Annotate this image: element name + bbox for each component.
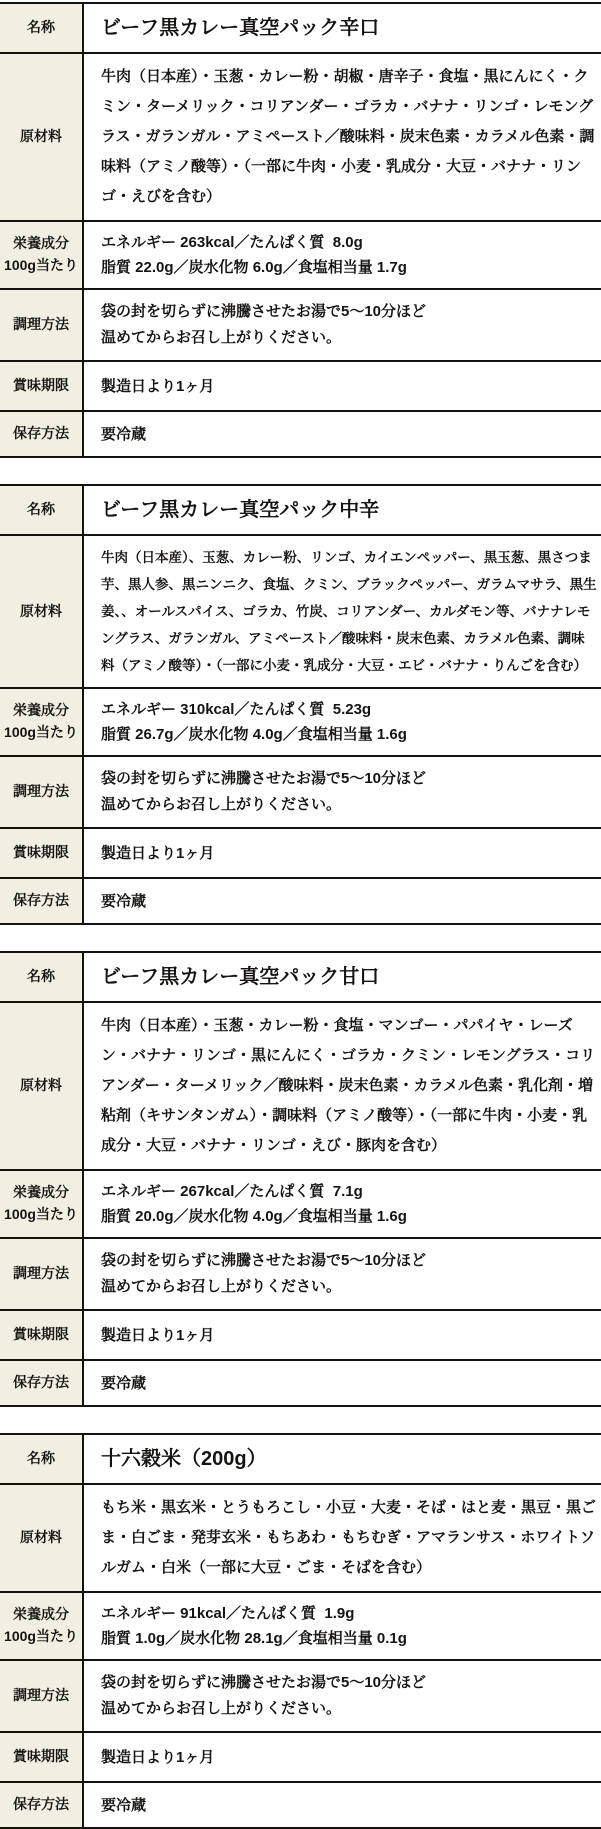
row-label-cooking: 調理方法 — [0, 290, 84, 360]
product-name: ビーフ黒カレー真空パック辛口 — [84, 4, 601, 52]
row-label-name: 名称 — [0, 486, 84, 534]
expiry-text: 製造日より1ヶ月 — [84, 1733, 601, 1781]
spec-row-storage: 保存方法 要冷蔵 — [0, 1361, 601, 1407]
product-name: ビーフ黒カレー真空パック中辛 — [84, 486, 601, 534]
row-label-ingredients: 原材料 — [0, 54, 84, 220]
spec-row-name: 名称 ビーフ黒カレー真空パック中辛 — [0, 486, 601, 536]
row-label-storage: 保存方法 — [0, 412, 84, 456]
spec-table-karakuchi: 名称 ビーフ黒カレー真空パック辛口 原材料 牛肉（日本産）・玉葱・カレー粉・胡椒… — [0, 2, 601, 458]
expiry-text: 製造日より1ヶ月 — [84, 362, 601, 410]
spec-row-storage: 保存方法 要冷蔵 — [0, 1783, 601, 1829]
ingredients-text: 牛肉（日本産）・玉葱・カレー粉・胡椒・唐辛子・食塩・黒にんにく・クミン・ターメリ… — [84, 54, 601, 220]
nutrition-text: エネルギー 267kcal／たんぱく質 7.1g 脂質 20.0g／炭水化物 4… — [84, 1171, 601, 1237]
row-label-ingredients: 原材料 — [0, 536, 84, 687]
ingredients-text: もち米・黒玄米・とうもろこし・小豆・大麦・そば・はと麦・黒豆・黒ごま・白ごま・発… — [84, 1485, 601, 1591]
row-label-expiry: 賞味期限 — [0, 1733, 84, 1781]
cooking-text: 袋の封を切らずに沸騰させたお湯で5～10分ほど 温めてからお召し上がりください。 — [84, 1239, 601, 1309]
cooking-text: 袋の封を切らずに沸騰させたお湯で5～10分ほど 温めてからお召し上がりください。 — [84, 290, 601, 360]
spec-row-ingredients: 原材料 牛肉（日本産）・玉葱・カレー粉・胡椒・唐辛子・食塩・黒にんにく・クミン・… — [0, 54, 601, 222]
spec-row-expiry: 賞味期限 製造日より1ヶ月 — [0, 362, 601, 412]
row-label-nutrition: 栄養成分 100g当たり — [0, 689, 84, 755]
spec-row-ingredients: 原材料 牛肉（日本産）、玉葱、カレー粉、リンゴ、カイエンペッパー、黒玉葱、黒さつ… — [0, 536, 601, 689]
cooking-text: 袋の封を切らずに沸騰させたお湯で5～10分ほど 温めてからお召し上がりください。 — [84, 1661, 601, 1731]
row-label-cooking: 調理方法 — [0, 1661, 84, 1731]
expiry-text: 製造日より1ヶ月 — [84, 1311, 601, 1359]
storage-text: 要冷蔵 — [84, 1783, 601, 1827]
spec-row-name: 名称 ビーフ黒カレー真空パック甘口 — [0, 953, 601, 1003]
row-label-name: 名称 — [0, 953, 84, 1001]
nutrition-text: エネルギー 310kcal／たんぱく質 5.23g 脂質 26.7g／炭水化物 … — [84, 689, 601, 755]
cooking-text: 袋の封を切らずに沸騰させたお湯で5～10分ほど 温めてからお召し上がりください。 — [84, 757, 601, 827]
row-label-storage: 保存方法 — [0, 879, 84, 923]
row-label-cooking: 調理方法 — [0, 757, 84, 827]
nutrition-text: エネルギー 91kcal／たんぱく質 1.9g 脂質 1.0g／炭水化物 28.… — [84, 1593, 601, 1659]
spec-row-ingredients: 原材料 牛肉（日本産）・玉葱・カレー粉・食塩・マンゴー・パパイヤ・レーズン・バナ… — [0, 1003, 601, 1171]
product-spec-page: 名称 ビーフ黒カレー真空パック辛口 原材料 牛肉（日本産）・玉葱・カレー粉・胡椒… — [0, 0, 601, 1829]
storage-text: 要冷蔵 — [84, 879, 601, 923]
expiry-text: 製造日より1ヶ月 — [84, 829, 601, 877]
spec-row-cooking: 調理方法 袋の封を切らずに沸騰させたお湯で5～10分ほど 温めてからお召し上がり… — [0, 757, 601, 829]
spec-row-cooking: 調理方法 袋の封を切らずに沸騰させたお湯で5～10分ほど 温めてからお召し上がり… — [0, 1239, 601, 1311]
spec-table-jurokukokumai: 名称 十六穀米（200g） 原材料 もち米・黒玄米・とうもろこし・小豆・大麦・そ… — [0, 1433, 601, 1829]
product-name: ビーフ黒カレー真空パック甘口 — [84, 953, 601, 1001]
row-label-name: 名称 — [0, 4, 84, 52]
spec-row-name: 名称 十六穀米（200g） — [0, 1435, 601, 1485]
row-label-nutrition: 栄養成分 100g当たり — [0, 1171, 84, 1237]
spec-row-storage: 保存方法 要冷蔵 — [0, 412, 601, 458]
spec-row-name: 名称 ビーフ黒カレー真空パック辛口 — [0, 4, 601, 54]
row-label-expiry: 賞味期限 — [0, 1311, 84, 1359]
spec-row-cooking: 調理方法 袋の封を切らずに沸騰させたお湯で5～10分ほど 温めてからお召し上がり… — [0, 290, 601, 362]
spec-row-storage: 保存方法 要冷蔵 — [0, 879, 601, 925]
row-label-storage: 保存方法 — [0, 1361, 84, 1405]
storage-text: 要冷蔵 — [84, 412, 601, 456]
spec-table-amakuchi: 名称 ビーフ黒カレー真空パック甘口 原材料 牛肉（日本産）・玉葱・カレー粉・食塩… — [0, 951, 601, 1407]
spec-row-nutrition: 栄養成分 100g当たり エネルギー 310kcal／たんぱく質 5.23g 脂… — [0, 689, 601, 757]
row-label-name: 名称 — [0, 1435, 84, 1483]
spec-row-ingredients: 原材料 もち米・黒玄米・とうもろこし・小豆・大麦・そば・はと麦・黒豆・黒ごま・白… — [0, 1485, 601, 1593]
spec-row-nutrition: 栄養成分 100g当たり エネルギー 267kcal／たんぱく質 7.1g 脂質… — [0, 1171, 601, 1239]
row-label-cooking: 調理方法 — [0, 1239, 84, 1309]
spec-row-expiry: 賞味期限 製造日より1ヶ月 — [0, 1733, 601, 1783]
ingredients-text: 牛肉（日本産）・玉葱・カレー粉・食塩・マンゴー・パパイヤ・レーズン・バナナ・リン… — [84, 1003, 601, 1169]
nutrition-text: エネルギー 263kcal／たんぱく質 8.0g 脂質 22.0g／炭水化物 6… — [84, 222, 601, 288]
product-name: 十六穀米（200g） — [84, 1435, 601, 1483]
storage-text: 要冷蔵 — [84, 1361, 601, 1405]
spec-row-expiry: 賞味期限 製造日より1ヶ月 — [0, 829, 601, 879]
row-label-ingredients: 原材料 — [0, 1485, 84, 1591]
row-label-ingredients: 原材料 — [0, 1003, 84, 1169]
row-label-storage: 保存方法 — [0, 1783, 84, 1827]
spec-row-expiry: 賞味期限 製造日より1ヶ月 — [0, 1311, 601, 1361]
ingredients-text: 牛肉（日本産）、玉葱、カレー粉、リンゴ、カイエンペッパー、黒玉葱、黒さつま芋、黒… — [84, 536, 601, 687]
spec-table-chukara: 名称 ビーフ黒カレー真空パック中辛 原材料 牛肉（日本産）、玉葱、カレー粉、リン… — [0, 484, 601, 925]
spec-row-nutrition: 栄養成分 100g当たり エネルギー 91kcal／たんぱく質 1.9g 脂質 … — [0, 1593, 601, 1661]
spec-row-nutrition: 栄養成分 100g当たり エネルギー 263kcal／たんぱく質 8.0g 脂質… — [0, 222, 601, 290]
spec-row-cooking: 調理方法 袋の封を切らずに沸騰させたお湯で5～10分ほど 温めてからお召し上がり… — [0, 1661, 601, 1733]
row-label-nutrition: 栄養成分 100g当たり — [0, 222, 84, 288]
row-label-expiry: 賞味期限 — [0, 829, 84, 877]
row-label-expiry: 賞味期限 — [0, 362, 84, 410]
row-label-nutrition: 栄養成分 100g当たり — [0, 1593, 84, 1659]
